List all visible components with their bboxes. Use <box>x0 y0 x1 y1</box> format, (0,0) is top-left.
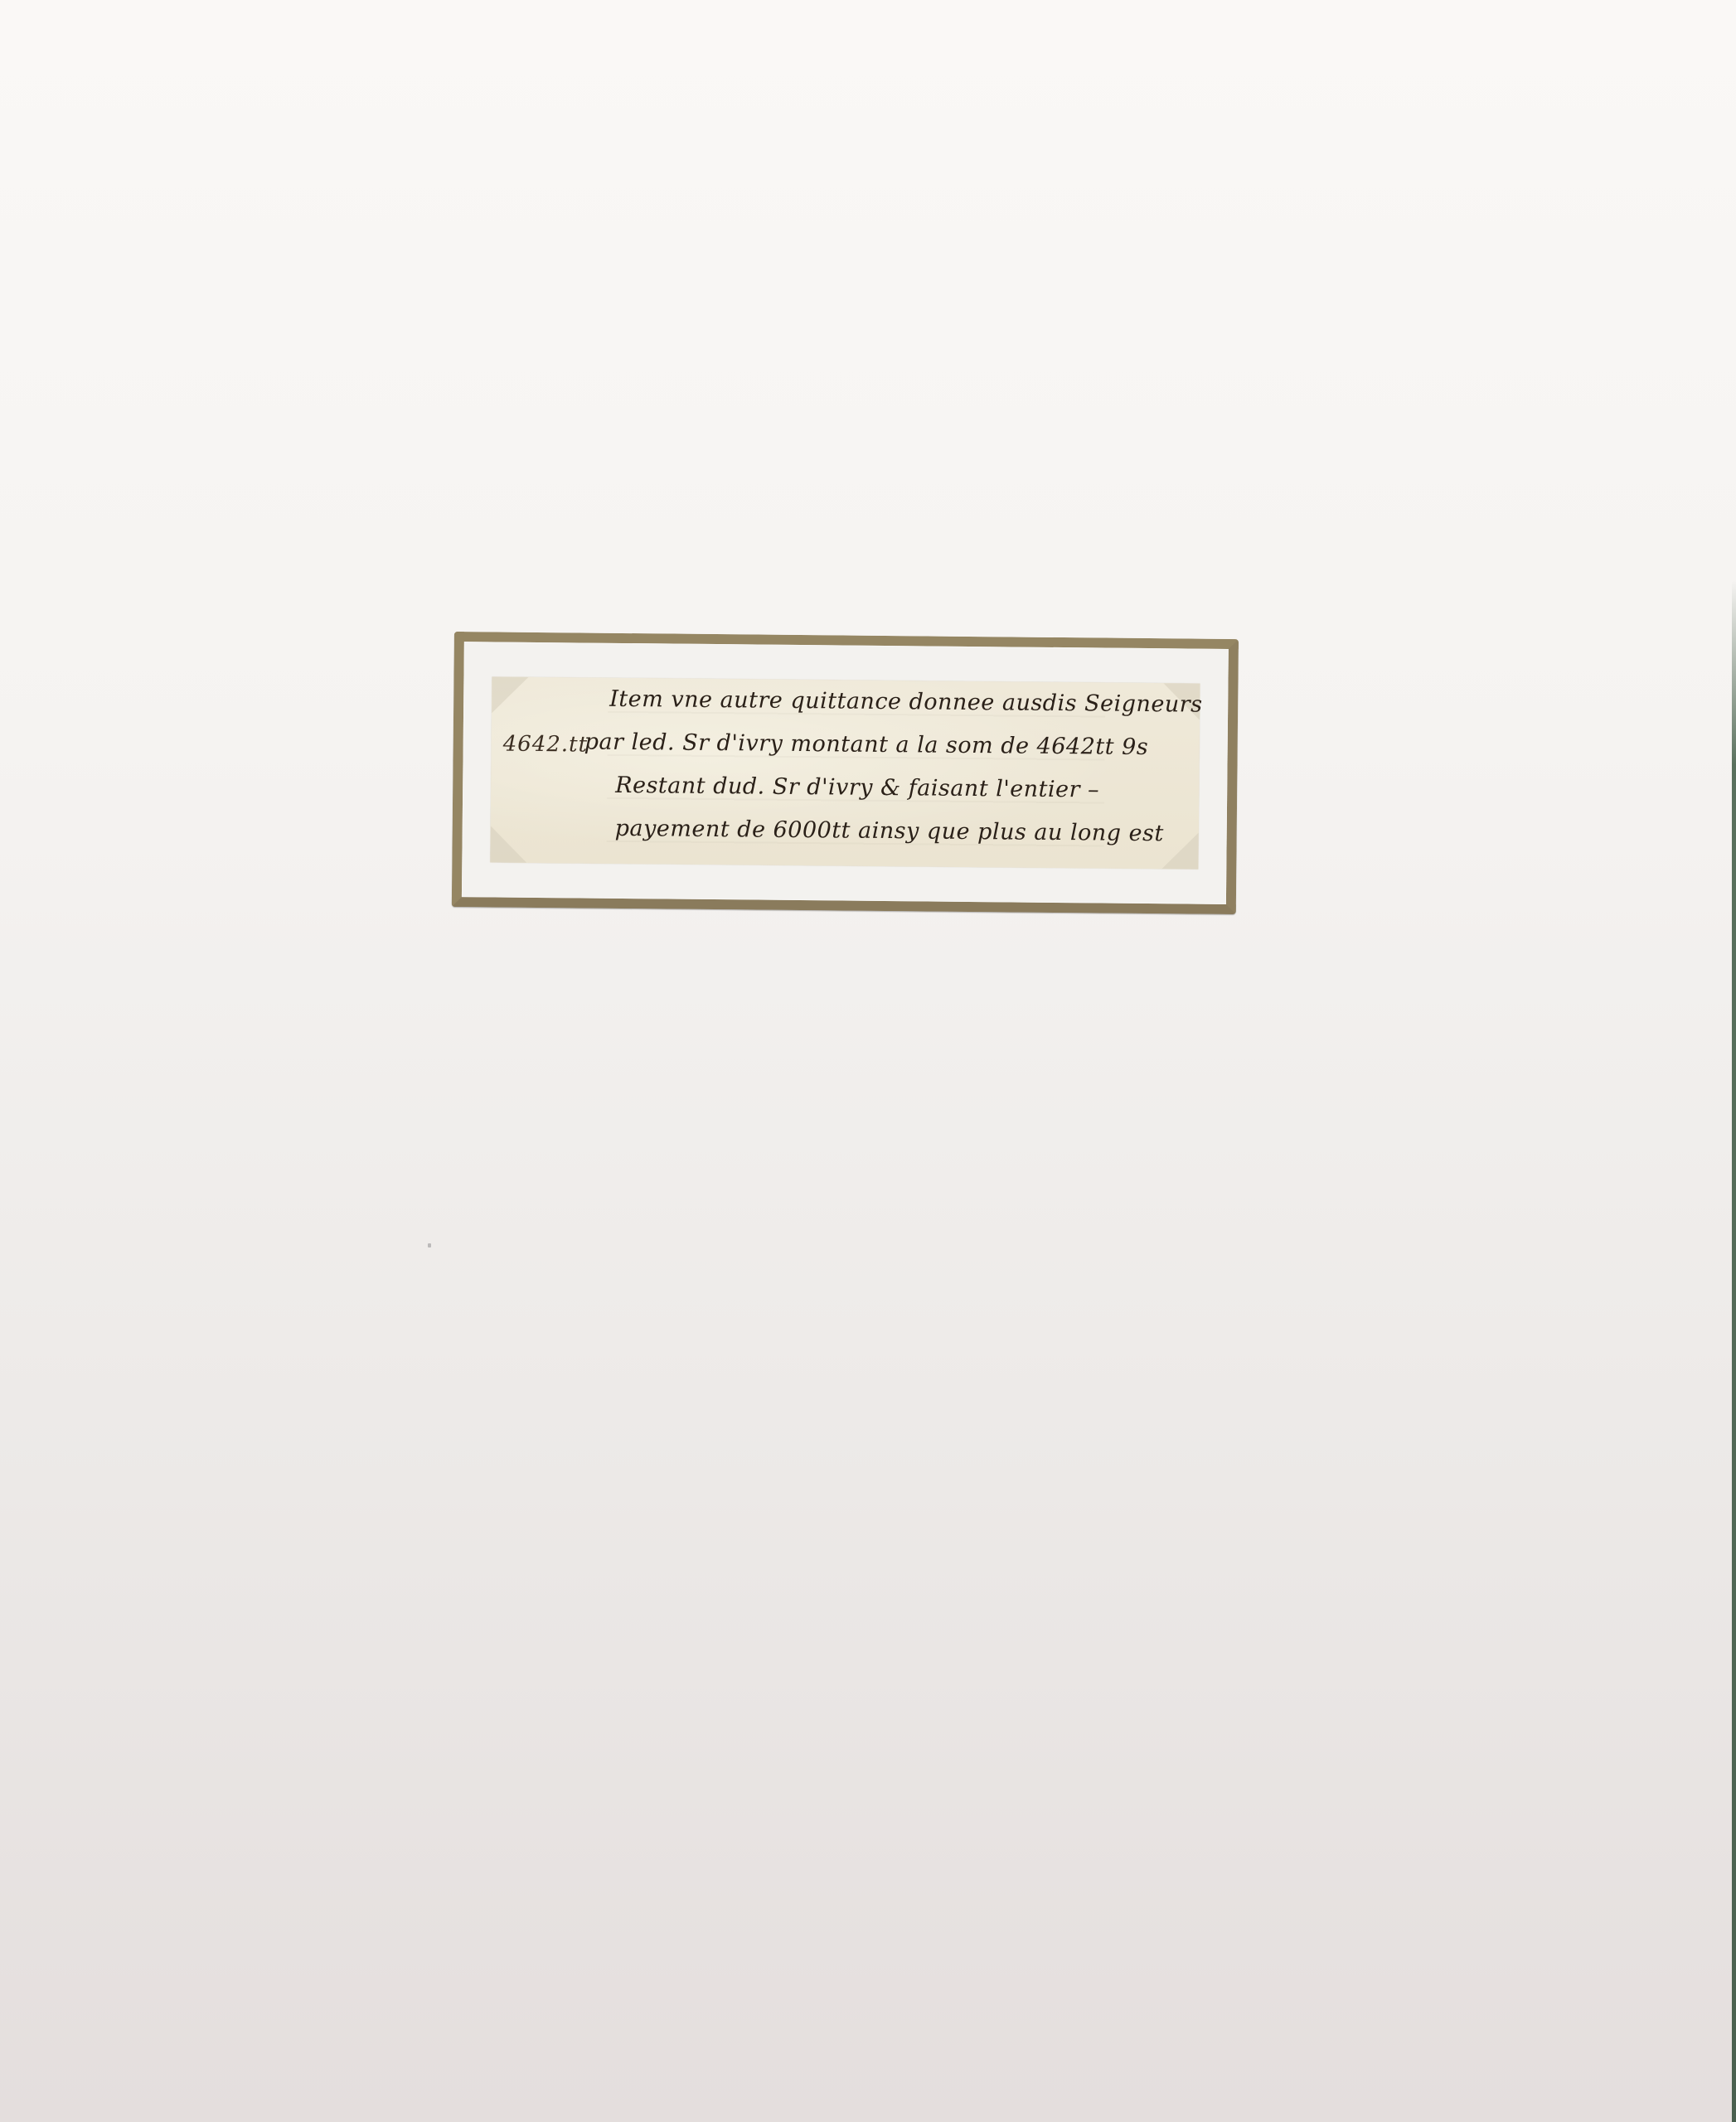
manuscript-line-4: payement de 6000tt ainsy que plus au lon… <box>615 816 1164 846</box>
mounting-corner-bottom-right <box>1161 832 1198 869</box>
mounting-corner-top-left <box>492 676 528 713</box>
mat-board: 4642.tt Item vne autre quittance donnee … <box>0 0 1736 2122</box>
manuscript-line-3: Restant dud. Sr d'ivry & faisant l'entie… <box>615 773 1099 803</box>
dust-speck <box>428 1243 431 1248</box>
margin-amount-note: 4642.tt <box>503 732 589 758</box>
manuscript-line-1: Item vne autre quittance donnee ausdis S… <box>609 686 1203 718</box>
gilt-frame-border: 4642.tt Item vne autre quittance donnee … <box>452 632 1239 914</box>
manuscript-line-2: par led. Sr d'ivry montant a la som de 4… <box>584 729 1149 761</box>
mounting-corner-bottom-left <box>490 826 526 862</box>
green-edge-strip <box>1732 580 1736 2122</box>
manuscript-fragment: 4642.tt Item vne autre quittance donnee … <box>490 676 1200 869</box>
